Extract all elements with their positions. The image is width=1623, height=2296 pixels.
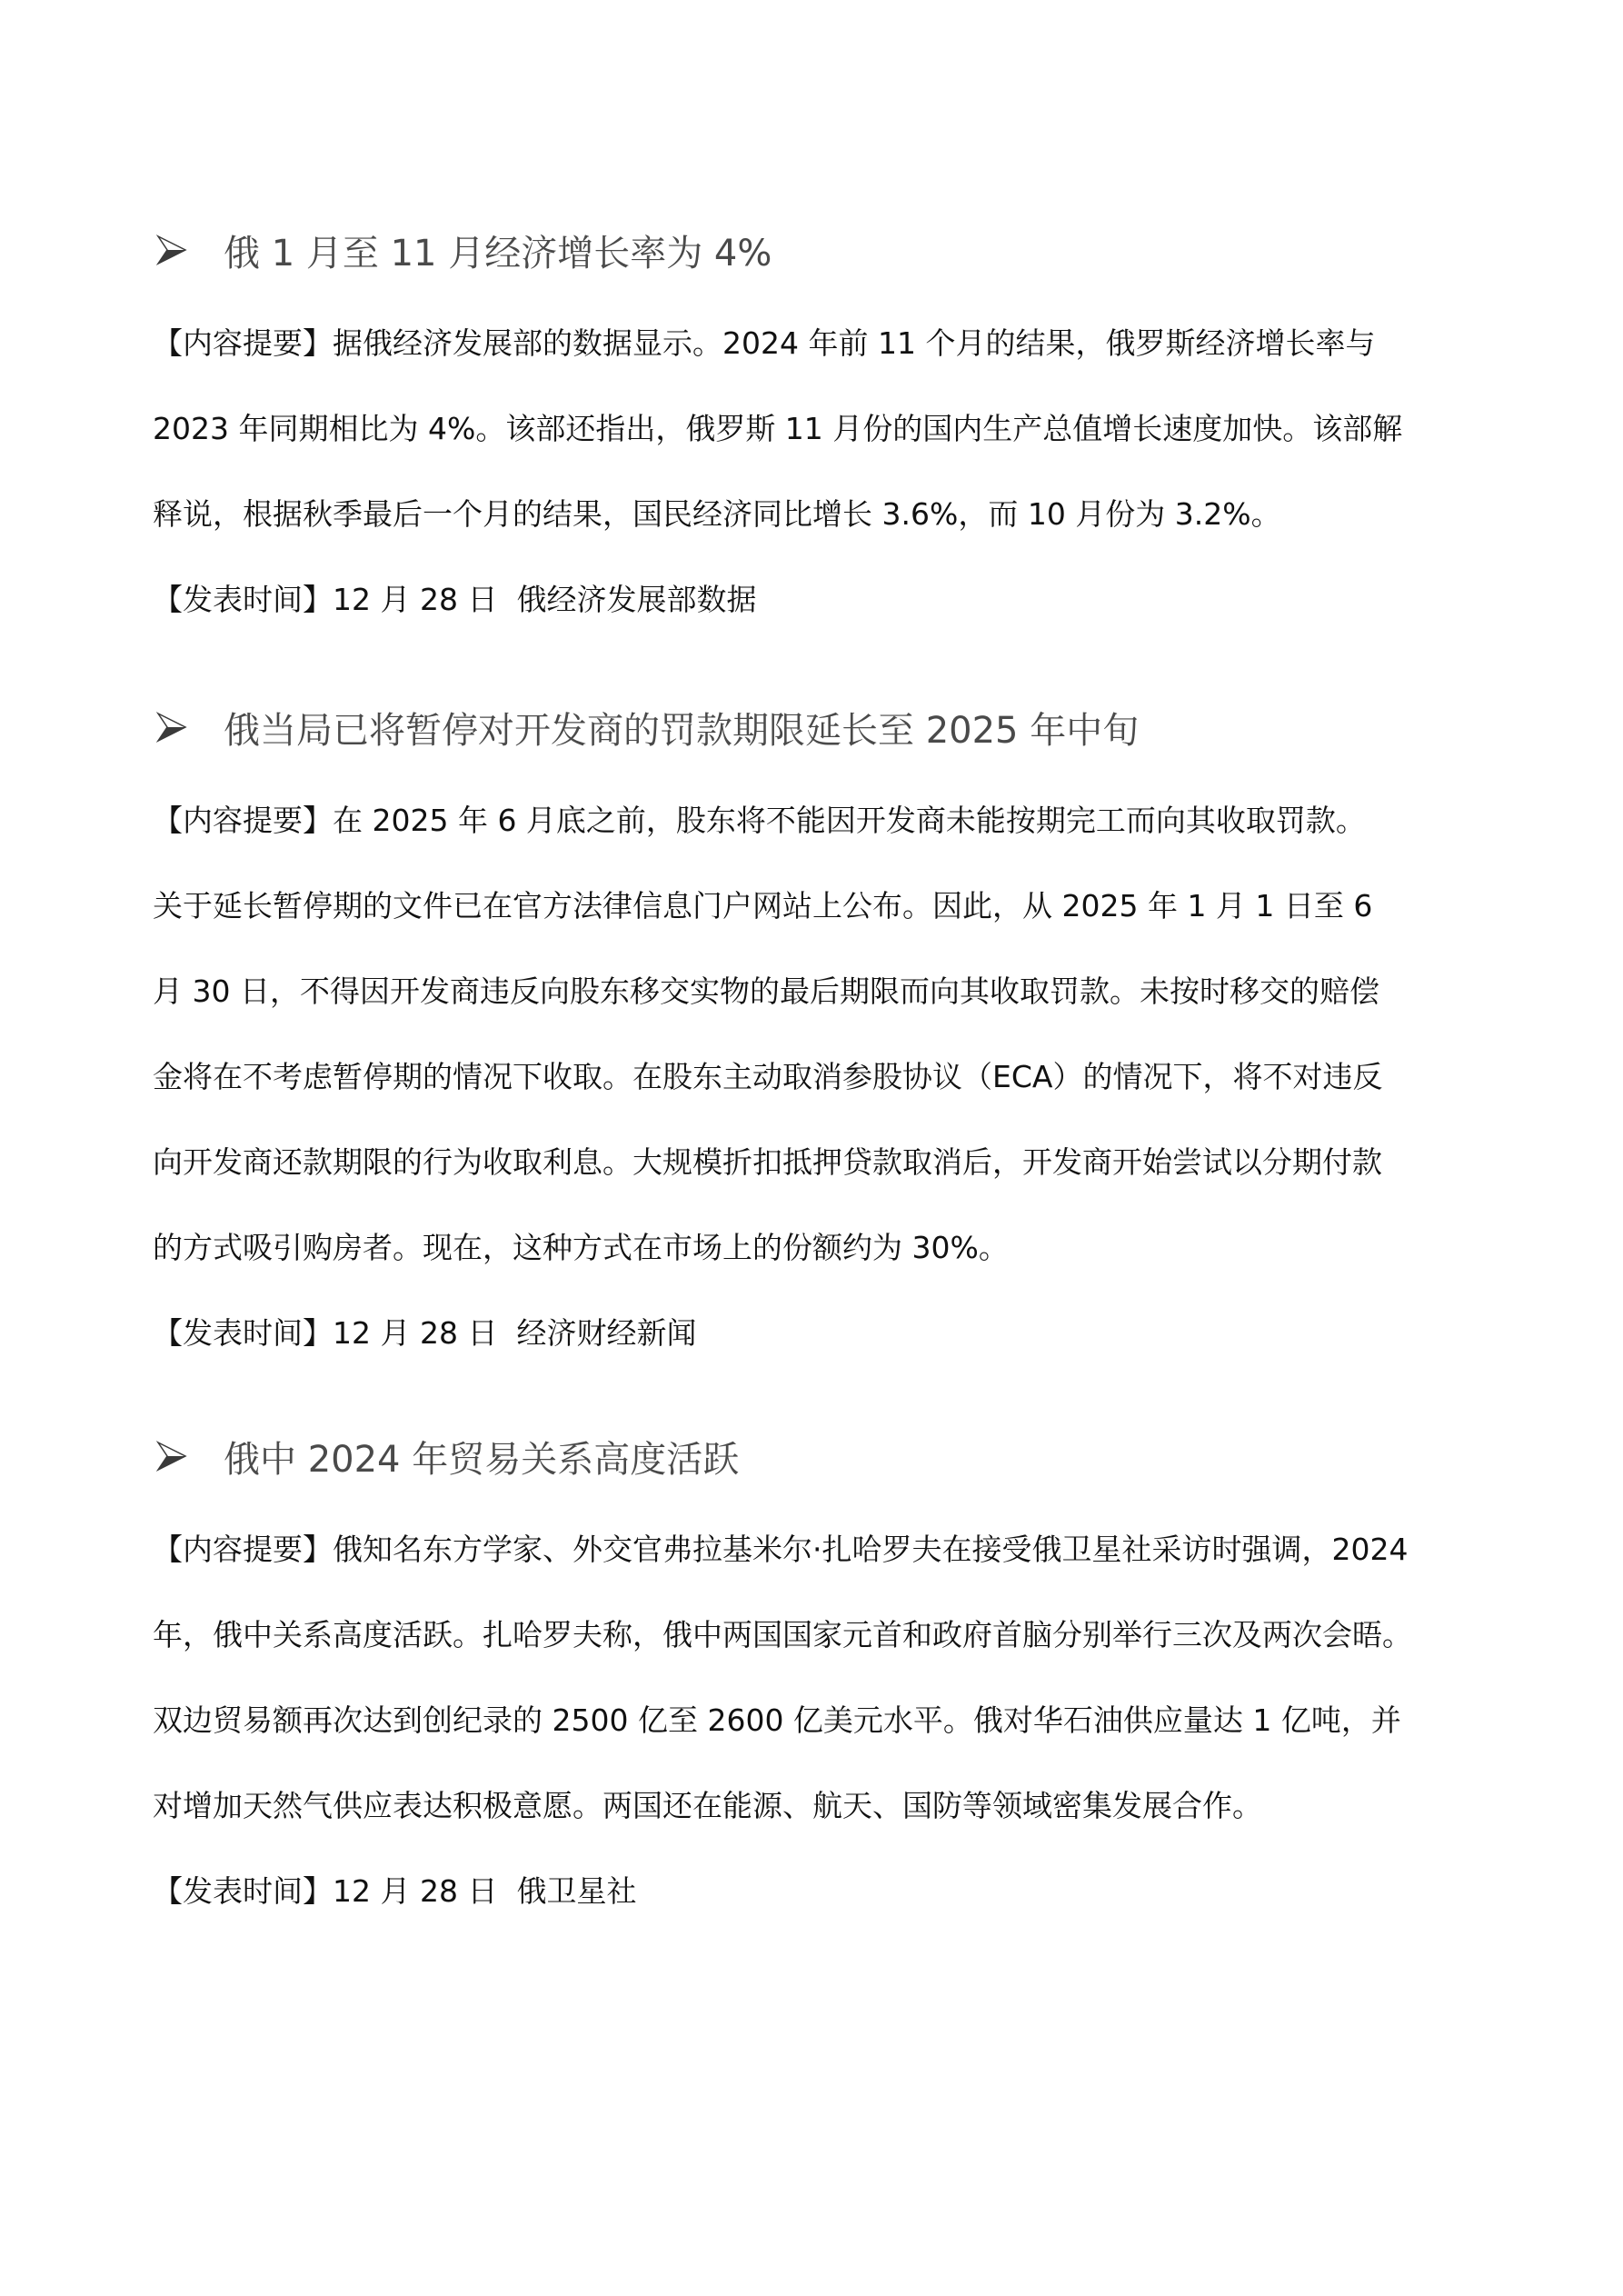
published-date: 12 月 28 日 xyxy=(333,1873,497,1909)
published-label: 【发表时间】 xyxy=(153,1873,333,1909)
arrowhead-bullet-icon xyxy=(156,712,187,743)
summary-line: 向开发商还款期限的行为收取利息。大规模折扣抵押贷款取消后，开发商开始尝试以分期付… xyxy=(153,1120,1470,1205)
summary-line: 金将在不考虑暂停期的情况下收取。在股东主动取消参股协议（ECA）的情况下，将不对… xyxy=(153,1034,1470,1120)
article-3: 俄中 2024 年贸易关系高度活跃 【内容提要】俄知名东方学家、外交官弗拉基米尔… xyxy=(153,1429,1470,1934)
article-heading: 俄 1 月至 11 月经济增长率为 4% xyxy=(153,223,1470,277)
article-summary: 【内容提要】俄知名东方学家、外交官弗拉基米尔·扎哈罗夫在接受俄卫星社采访时强调，… xyxy=(153,1507,1470,1849)
summary-label: 【内容提要】 xyxy=(153,1532,333,1567)
article-title: 俄中 2024 年贸易关系高度活跃 xyxy=(224,1431,739,1482)
article-heading: 俄中 2024 年贸易关系高度活跃 xyxy=(153,1429,1470,1483)
summary-line: 的方式吸引购房者。现在，这种方式在市场上的份额约为 30%。 xyxy=(153,1205,1470,1291)
article-meta: 【发表时间】12 月 28 日 经济财经新闻 xyxy=(153,1291,1470,1376)
article-source: 经济财经新闻 xyxy=(516,1315,696,1351)
summary-line: 年，俄中关系高度活跃。扎哈罗夫称，俄中两国国家元首和政府首脑分别举行三次及两次会… xyxy=(153,1592,1470,1678)
article-source: 俄卫星社 xyxy=(516,1873,636,1909)
article-heading: 俄当局已将暂停对开发商的罚款期限延长至 2025 年中旬 xyxy=(153,700,1470,754)
arrowhead-bullet-icon xyxy=(156,235,187,265)
summary-line: 双边贸易额再次达到创纪录的 2500 亿至 2600 亿美元水平。俄对华石油供应… xyxy=(153,1678,1470,1763)
article-title: 俄当局已将暂停对开发商的罚款期限延长至 2025 年中旬 xyxy=(224,702,1139,754)
summary-line: 【内容提要】俄知名东方学家、外交官弗拉基米尔·扎哈罗夫在接受俄卫星社采访时强调，… xyxy=(153,1507,1470,1592)
summary-line: 【内容提要】据俄经济发展部的数据显示。2024 年前 11 个月的结果，俄罗斯经… xyxy=(153,301,1470,386)
article-summary: 【内容提要】据俄经济发展部的数据显示。2024 年前 11 个月的结果，俄罗斯经… xyxy=(153,301,1470,557)
published-label: 【发表时间】 xyxy=(153,1315,333,1351)
article-summary: 【内容提要】在 2025 年 6 月底之前，股东将不能因开发商未能按期完工而向其… xyxy=(153,778,1470,1291)
published-date: 12 月 28 日 xyxy=(333,582,497,617)
summary-line: 【内容提要】在 2025 年 6 月底之前，股东将不能因开发商未能按期完工而向其… xyxy=(153,778,1470,863)
published-label: 【发表时间】 xyxy=(153,582,333,617)
summary-label: 【内容提要】 xyxy=(153,803,333,838)
article-meta: 【发表时间】12 月 28 日 俄卫星社 xyxy=(153,1849,1470,1934)
article-title: 俄 1 月至 11 月经济增长率为 4% xyxy=(224,225,772,276)
summary-line: 2023 年同期相比为 4%。该部还指出，俄罗斯 11 月份的国内生产总值增长速… xyxy=(153,386,1470,472)
document-page: 俄 1 月至 11 月经济增长率为 4% 【内容提要】据俄经济发展部的数据显示。… xyxy=(0,0,1623,2296)
arrowhead-bullet-icon xyxy=(156,1441,187,1472)
summary-label: 【内容提要】 xyxy=(153,325,333,361)
article-1: 俄 1 月至 11 月经济增长率为 4% 【内容提要】据俄经济发展部的数据显示。… xyxy=(153,223,1470,643)
article-meta: 【发表时间】12 月 28 日 俄经济发展部数据 xyxy=(153,557,1470,643)
summary-line: 关于延长暂停期的文件已在官方法律信息门户网站上公布。因此，从 2025 年 1 … xyxy=(153,863,1470,949)
summary-line: 月 30 日，不得因开发商违反向股东移交实物的最后期限而向其收取罚款。未按时移交… xyxy=(153,949,1470,1034)
summary-line: 释说，根据秋季最后一个月的结果，国民经济同比增长 3.6%，而 10 月份为 3… xyxy=(153,472,1470,557)
article-2: 俄当局已将暂停对开发商的罚款期限延长至 2025 年中旬 【内容提要】在 202… xyxy=(153,700,1470,1376)
published-date: 12 月 28 日 xyxy=(333,1315,497,1351)
summary-line: 对增加天然气供应表达积极意愿。两国还在能源、航天、国防等领域密集发展合作。 xyxy=(153,1763,1470,1849)
article-source: 俄经济发展部数据 xyxy=(516,582,756,617)
